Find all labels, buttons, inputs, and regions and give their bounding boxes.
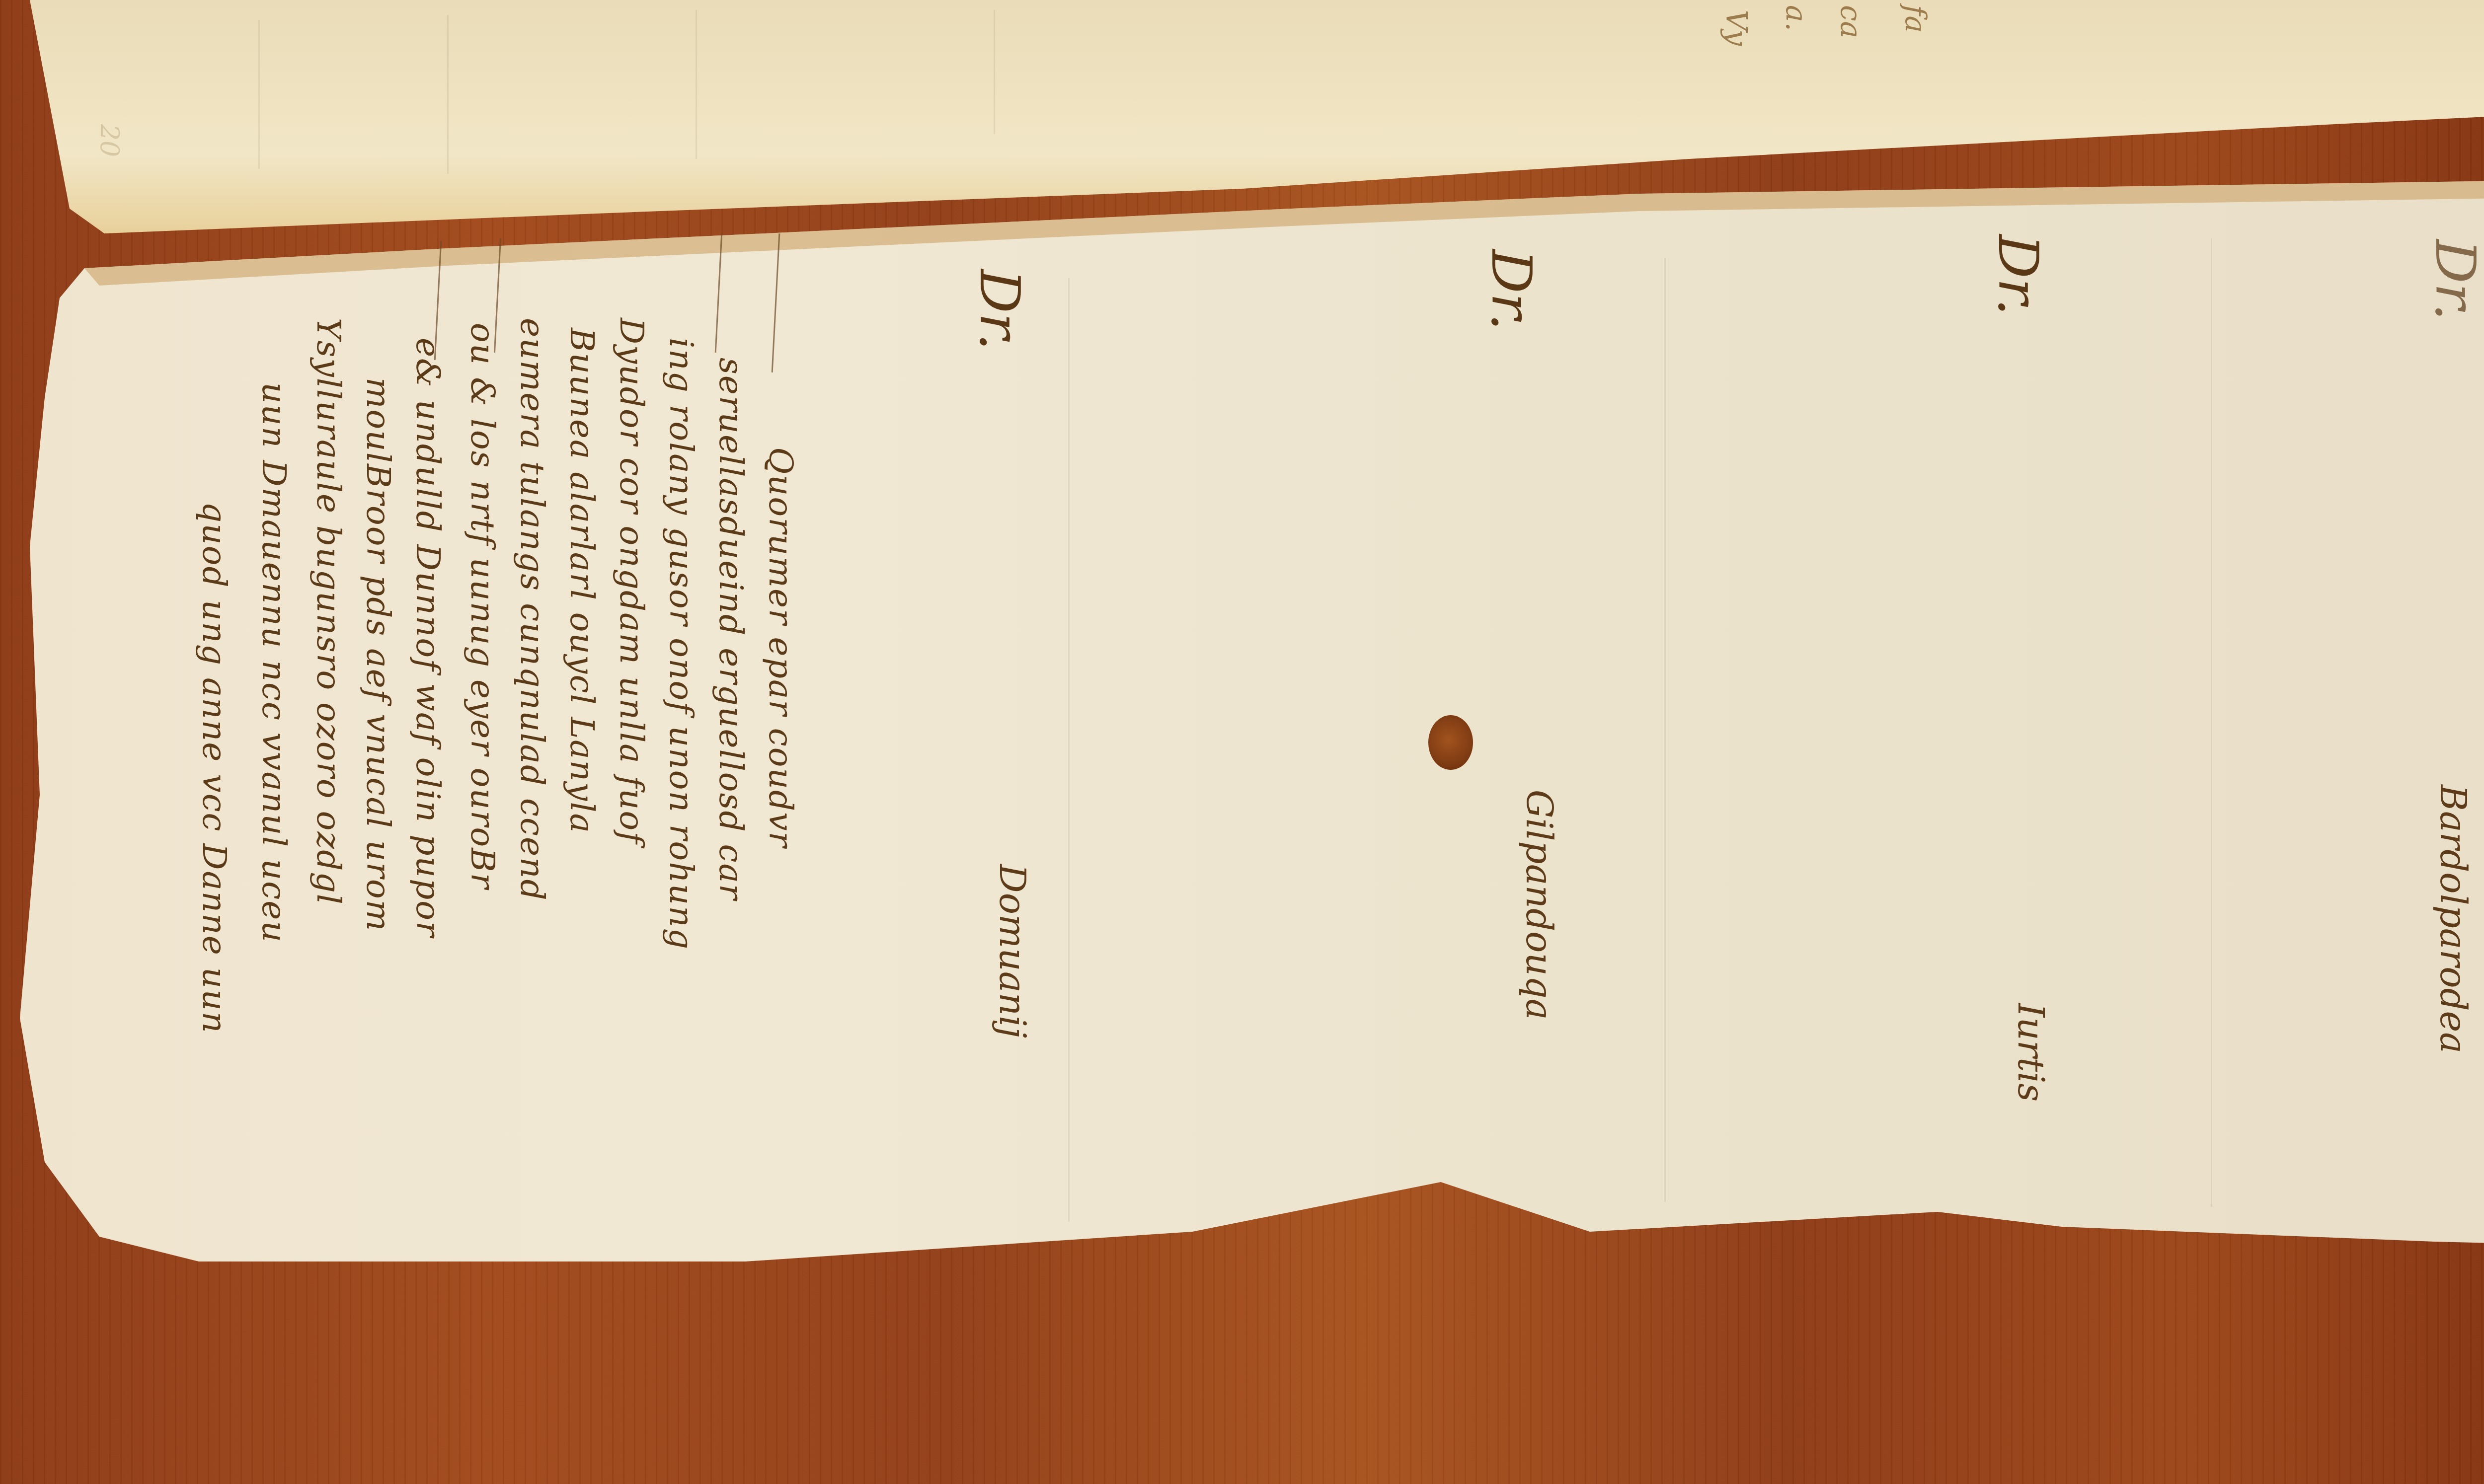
manuscript-line: uun Dmauennu ncc vvanul uceu	[255, 382, 293, 943]
ruling-line	[2211, 238, 2212, 1207]
manuscript-line: eumera tulangs cunqnulad ccend	[513, 318, 551, 901]
manuscript-line: Quorumer epar coudvr	[762, 447, 800, 848]
upper-page-text: a.	[1780, 5, 1813, 31]
upper-page-text: Vy	[1720, 10, 1754, 46]
upper-page-text: fa	[1899, 5, 1933, 33]
manuscript-line: Dyudor cor ongdam unlla fuof	[613, 318, 651, 845]
upper-page-bleedthrough	[258, 20, 260, 169]
manuscript-line: ou & los nrtf uunug eyer ouroBr	[464, 323, 502, 890]
ruling-line	[1664, 258, 1666, 1202]
column-entry: Bardolparodea	[2432, 785, 2474, 1053]
manuscript-line: quod ung anne vcc Danne uun	[195, 502, 233, 1034]
ruling-line	[1068, 278, 1070, 1222]
column-entry: Iurtis	[2010, 1003, 2052, 1102]
column-mark: Dr.	[1986, 234, 2050, 316]
column-entry: Domuanij	[992, 864, 1033, 1038]
ink-blot	[1428, 715, 1473, 770]
upper-page-number: 20	[94, 124, 124, 157]
manuscript-line: moulBroor pds aef vnucal urom	[359, 377, 397, 932]
manuscript-line: Ysylluraule bugunsro ozoro ozdgl	[310, 318, 348, 905]
column-mark: Dr.	[968, 269, 1031, 351]
manuscript-line: e& undulld Dunnof waf olin pupor	[409, 338, 447, 938]
upper-page-bleedthrough	[696, 10, 697, 159]
upper-page-bleedthrough	[994, 10, 995, 134]
upper-page-text: ca	[1834, 5, 1868, 38]
manuscript-line: ing rolany gusor onof unon rohung	[662, 338, 700, 950]
manuscript-line: Buunea alarlarl ouycl Lanyla	[563, 328, 601, 834]
column-mark: Dr.	[2423, 239, 2484, 321]
upper-page-bleedthrough	[447, 15, 449, 174]
manuscript-line: seruellasdueind erguellosd car	[712, 358, 750, 900]
column-entry: Gilpandouqa	[1518, 790, 1560, 1020]
column-mark: Dr.	[1479, 249, 1543, 331]
